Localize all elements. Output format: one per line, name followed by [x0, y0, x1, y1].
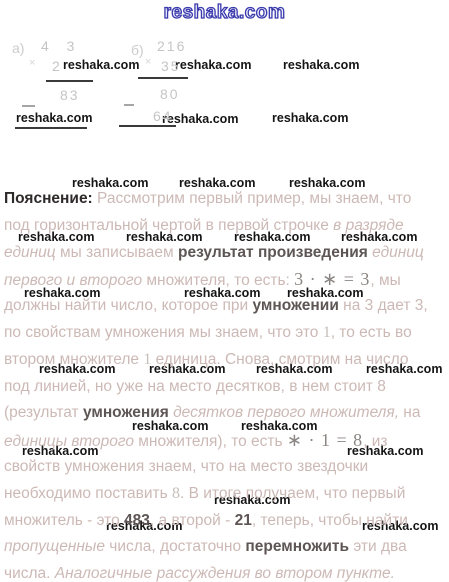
text-segment: пропущенные	[4, 538, 105, 555]
text-segment: числа, достаточно	[105, 538, 245, 555]
problem-b-multiplier: 35	[161, 58, 181, 74]
watermark: reshaka.com	[272, 111, 348, 125]
text-segment: на 3 дает 3,	[339, 297, 428, 314]
explanation-line: множитель - это 483, а второй - 21, тепе…	[4, 508, 448, 535]
text-segment: (результат	[4, 404, 83, 421]
explanation-line: по свойствам умножения мы знаем, что это…	[4, 320, 448, 347]
text-segment: свойств умножения знаем, что на место зв…	[4, 458, 368, 475]
text-segment: перемножить	[245, 538, 349, 555]
problem-b-partial-product-2: 64	[153, 108, 173, 124]
text-segment: . В итоге получаем, что первый	[180, 485, 405, 502]
problem-a-plus-dash	[22, 105, 35, 107]
text-segment: числа.	[4, 565, 55, 582]
explanation-line: под горизонтальной чертой в первой строч…	[4, 213, 448, 240]
explanation-line: должны найти число, которое при умножени…	[4, 293, 448, 320]
text-segment: под линией, но уже на место десятков, в …	[4, 378, 386, 395]
formula: 3 · ∗ = 3	[294, 269, 370, 289]
text-segment: единицы второго	[4, 433, 134, 450]
text-segment: должны найти число, которое при	[4, 297, 253, 314]
problem-a-multiplier: 2	[52, 58, 62, 74]
explanation-line: (результат умножения десятков первого мн…	[4, 400, 448, 427]
problem-b-rule-1	[138, 77, 188, 79]
explanation-line: числа. Аналогичные рассуждения во втором…	[4, 561, 448, 582]
text-segment: множителя), то есть	[134, 433, 287, 450]
explanation-line: втором множителе 1 единица. Снова, смотр…	[4, 347, 448, 374]
text-segment: единица. Снова, смотрим на число	[151, 351, 408, 368]
problem-a-label: а)	[12, 40, 24, 56]
text-segment: единиц	[4, 244, 56, 261]
problem-b-plus-dash	[124, 104, 134, 106]
solution-page: reshaka.com reshaka.com reshaka.com resh…	[0, 0, 449, 582]
text-segment: Аналогичные рассуждения во втором пункте…	[55, 565, 395, 582]
explanation-line: первого и второго множителя, то есть: 3 …	[4, 266, 448, 293]
watermark: reshaka.com	[283, 58, 359, 72]
text-segment: на	[399, 404, 421, 421]
problem-a-partial-product-1: 83	[60, 87, 80, 103]
explanation-line: под линией, но уже на место десятков, в …	[4, 374, 448, 401]
problem-b-rule-2	[119, 125, 176, 127]
problem-a-rule-1	[46, 80, 93, 82]
text-segment: первого и второго	[4, 272, 142, 289]
problem-a-multiplicand: 4 3	[41, 38, 76, 54]
text-segment: результат произведения	[178, 244, 368, 261]
text-segment: , из	[363, 433, 387, 450]
problem-b-multiplicand: 216	[157, 38, 186, 54]
text-segment: мы записываем	[56, 244, 178, 261]
watermark: reshaka.com	[63, 58, 139, 72]
text-segment: множитель - это	[4, 512, 124, 529]
text-segment: Рассмотрим первый пример, мы знаем, что	[93, 190, 412, 207]
site-logo-wrap: reshaka.com	[0, 2, 449, 24]
watermark: reshaka.com	[162, 112, 238, 126]
formula: 8	[172, 485, 180, 502]
text-segment: умножении	[253, 297, 339, 314]
text-segment: эти два	[349, 538, 407, 555]
problem-a-rule-2	[15, 127, 87, 129]
formula: 1	[323, 324, 331, 341]
multiply-icon: ×	[29, 57, 35, 69]
answer-first-factor: 483	[124, 512, 150, 529]
explanation-paragraph: Пояснение: Рассмотрим первый пример, мы …	[4, 186, 448, 582]
text-segment: под горизонтальной чертой в первой строч…	[4, 217, 333, 234]
text-segment: по свойствам умножения мы знаем, что это	[4, 324, 323, 341]
text-segment: , то есть во	[331, 324, 412, 341]
watermark: reshaka.com	[175, 58, 251, 72]
watermark: reshaka.com	[16, 111, 92, 125]
text-segment: втором множителе	[4, 351, 143, 368]
explanation-line: единицы второго множителя), то есть ∗ · …	[4, 427, 448, 454]
explanation-line: единиц мы записываем результат произведе…	[4, 240, 448, 267]
explanation-line: Пояснение: Рассмотрим первый пример, мы …	[4, 186, 448, 213]
text-segment: множителя, то есть:	[142, 272, 294, 289]
explanation-line: пропущенные числа, достаточно перемножит…	[4, 534, 448, 561]
text-segment: в разряде	[333, 217, 403, 234]
explanation-line: свойств умножения знаем, что на место зв…	[4, 454, 448, 481]
text-segment: , а второй -	[150, 512, 235, 529]
site-logo: reshaka.com	[164, 2, 286, 23]
text-segment: умножения	[83, 404, 169, 421]
text-segment: , теперь, чтобы найти	[252, 512, 408, 529]
text-segment: единиц	[368, 244, 424, 261]
text-segment: десятков первого множителя,	[169, 404, 399, 421]
text-segment: необходимо поставить	[4, 485, 172, 502]
explanation-line: необходимо поставить 8. В итоге получаем…	[4, 481, 448, 508]
explanation-heading: Пояснение:	[4, 190, 93, 207]
text-segment: , мы	[370, 272, 400, 289]
problem-b-label: б)	[131, 42, 144, 58]
problem-b-partial-product-1: 80	[160, 86, 180, 102]
multiply-icon: ×	[145, 56, 151, 68]
answer-second-factor: 21	[235, 512, 252, 529]
formula: ∗ · 1 = 8	[287, 430, 363, 450]
